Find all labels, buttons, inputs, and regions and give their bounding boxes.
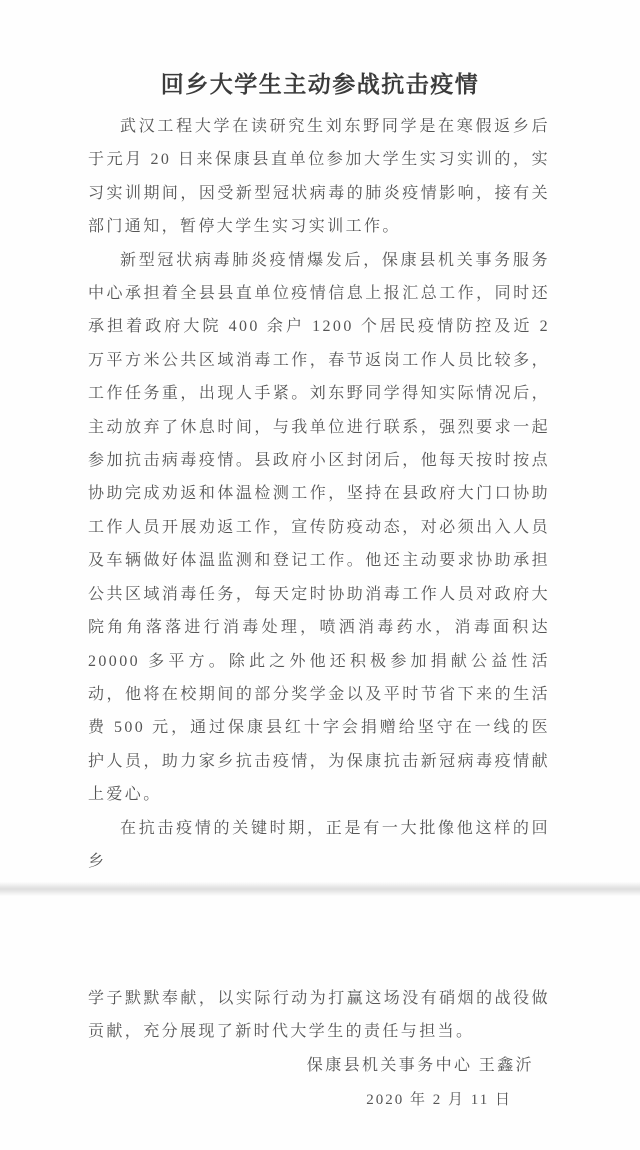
document-title: 回乡大学生主动参战抗击疫情	[0, 0, 640, 110]
document-page-1: 回乡大学生主动参战抗击疫情 武汉工程大学在读研究生刘东野同学是在寒假返乡后于元月…	[0, 0, 640, 884]
date: 2020 年 2 月 11 日	[0, 1083, 640, 1117]
paragraph-2: 新型冠状病毒肺炎疫情爆发后，保康县机关事务服务中心承担着全县县直单位疫情信息上报…	[88, 244, 550, 812]
paragraph-3-continuation: 学子默默奉献，以实际行动为打赢这场没有硝烟的战役做贡献，充分展现了新时代大学生的…	[88, 982, 550, 1049]
document-body-page-1: 武汉工程大学在读研究生刘东野同学是在寒假返乡后于元月 20 日来保康县直单位参加…	[88, 110, 550, 878]
signature: 保康县机关事务中心 王鑫沂	[0, 1049, 640, 1083]
document-body-page-2: 学子默默奉献，以实际行动为打赢这场没有硝烟的战役做贡献，充分展现了新时代大学生的…	[88, 896, 550, 1049]
paragraph-3-start: 在抗击疫情的关键时期，正是有一大批像他这样的回乡	[88, 812, 550, 879]
document-page-2: 学子默默奉献，以实际行动为打赢这场没有硝烟的战役做贡献，充分展现了新时代大学生的…	[0, 896, 640, 1150]
paragraph-1: 武汉工程大学在读研究生刘东野同学是在寒假返乡后于元月 20 日来保康县直单位参加…	[88, 110, 550, 244]
document-scan: 回乡大学生主动参战抗击疫情 武汉工程大学在读研究生刘东野同学是在寒假返乡后于元月…	[0, 0, 640, 1150]
page-break-separator	[0, 882, 640, 896]
